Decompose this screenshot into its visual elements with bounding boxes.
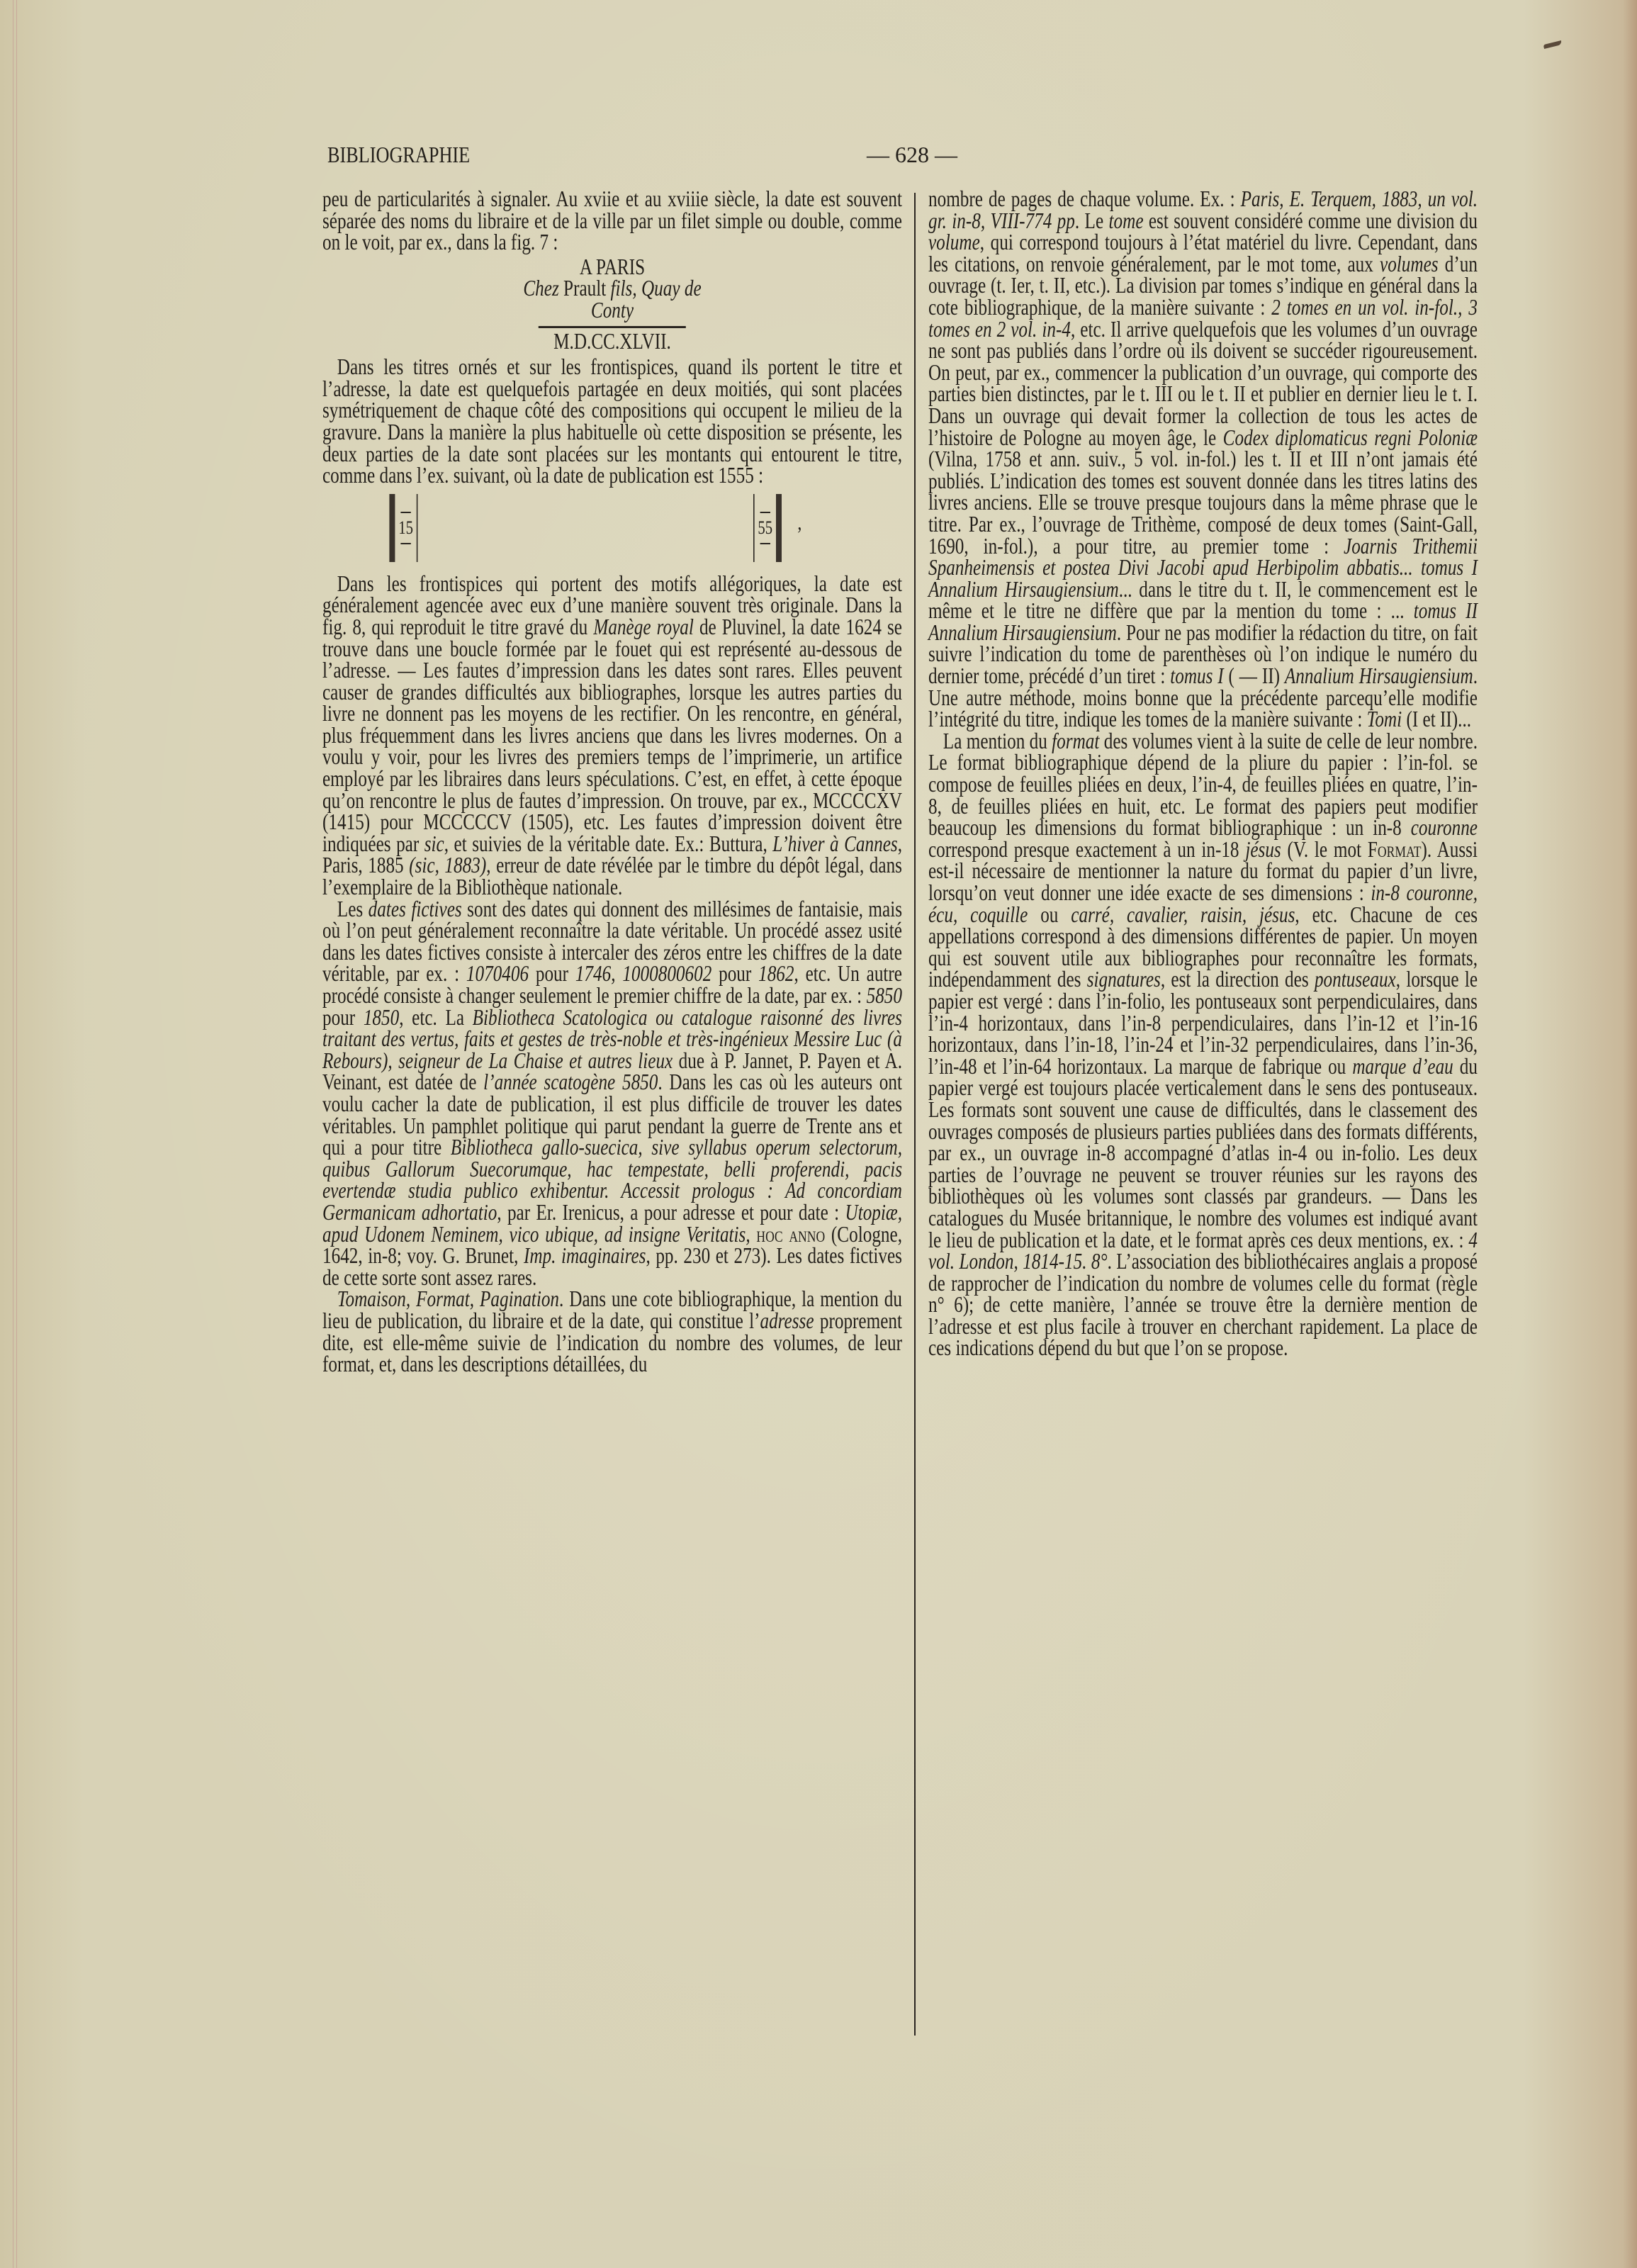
date-bracket-right: 55 [753,494,782,562]
page-number: — 628 — [855,142,969,168]
bracket-dash [400,512,410,513]
imprint-rule [539,326,686,328]
imprint-conty: Conty [322,300,902,322]
paragraph: Dans les titres ornés et sur les frontis… [322,357,902,487]
italic-run: Imp. imaginaires [524,1243,646,1268]
bracket-dash [760,512,770,513]
date-half-right: 55 [758,519,772,537]
bracket-dash [400,543,410,544]
paragraph: Dans les frontispices qui portent des mo… [322,573,902,899]
paragraph: Les dates fictives sont des dates qui do… [322,899,902,1289]
imprint-city: A PARIS [322,257,902,279]
imprint-publisher: Chez Prault fils, Quay de [322,278,902,300]
text-run: du papier vergé est toujours placée vert… [928,1054,1478,1252]
text-run: de Pluvinel, la date 1624 se trouve dans… [322,614,902,856]
paragraph: La mention du format des volumes vient à… [928,731,1478,1359]
paragraph: peu de particularités à signaler. Au xvi… [322,189,902,254]
date-half-left: 15 [398,519,413,537]
date-bracket-left: 15 [389,494,417,562]
left-column: peu de particularités à signaler. Au xvi… [322,189,902,1376]
frontispiece-date-example: 15 55 , [322,491,902,571]
imprint-quay: , Quay de [632,276,701,301]
paragraph: Tomaison, Format, Pagination. Dans une c… [322,1289,902,1375]
right-column: nombre de pages de chaque volume. Ex. : … [928,189,1478,1359]
page-edge-line [13,0,17,2268]
figure-7-imprint: A PARIS Chez Prault fils, Quay de Conty … [322,257,902,352]
bracket-dash [760,543,770,544]
column-rule [914,193,916,2036]
running-head: BIBLIOGRAPHIE — 628 — [327,142,1475,173]
trailing-comma: , [797,512,801,534]
imprint-chez: Chez [523,276,558,301]
imprint-date: M.D.CC.XLVII. [322,331,902,353]
paragraph: nombre de pages de chaque volume. Ex. : … [928,189,1478,731]
running-head-title: BIBLIOGRAPHIE [327,142,470,168]
